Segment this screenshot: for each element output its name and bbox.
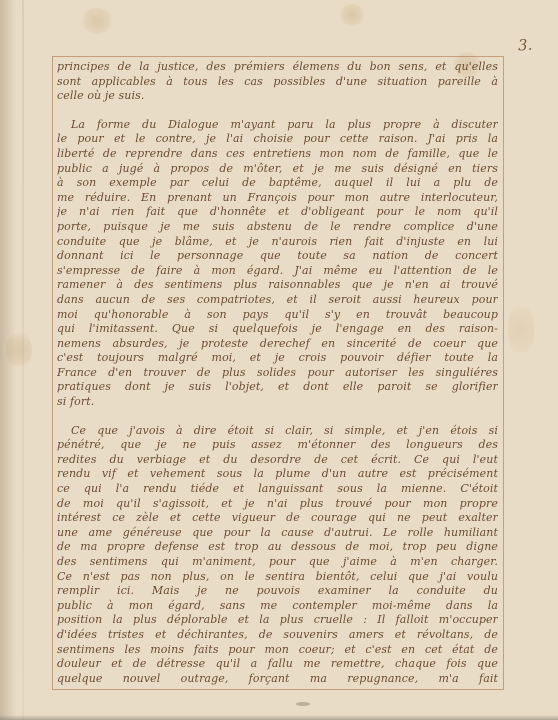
- manuscript-line: pratiques dont je suis l'objet, et dont …: [57, 380, 498, 395]
- manuscript-line: intérest ce zèle et cette vigueur de cou…: [57, 511, 498, 526]
- scan-bottom-edge: [0, 715, 558, 720]
- manuscript-line: ce qui l'a rendu tiéde et languissant so…: [57, 482, 498, 497]
- manuscript-line: de moi qu'il s'agissoit, et je n'ai plus…: [57, 497, 498, 512]
- manuscript-line: nemens absurdes, je proteste derechef en…: [57, 337, 498, 352]
- manuscript-line: position la plus déplorable et la plus c…: [57, 613, 498, 628]
- manuscript-line: sentimens les moins faits pour mon coeur…: [57, 643, 498, 658]
- paragraph: Ce que j'avois à dire étoit si clair, si…: [57, 424, 498, 687]
- paper-stain: [508, 300, 534, 360]
- ink-smudge: [296, 702, 310, 706]
- manuscript-line: s'empresse de faire à mon égard. J'ai mê…: [57, 264, 498, 279]
- page-number: 3.: [517, 36, 533, 55]
- manuscript-line: moi qu'honorable à son pays qu'il s'y en…: [57, 308, 498, 323]
- manuscript-line: Ce n'est pas non plus, on le sentira bie…: [57, 570, 498, 585]
- manuscript-line: conduite que je blâme, et je n'aurois ri…: [57, 235, 498, 250]
- manuscript-line: liberté de reprendre dans ces entretiens…: [57, 147, 498, 162]
- manuscript-line: le pour et le contre, je l'ai choisie po…: [57, 132, 498, 147]
- paper-stain: [338, 4, 366, 26]
- manuscript-line: une ame généreuse que pour la cause d'au…: [57, 526, 498, 541]
- manuscript-line: sont applicables à tous les cas possible…: [57, 75, 498, 90]
- paper-stain: [80, 8, 114, 34]
- manuscript-line: rendu vif et vehement sous la plume d'un…: [57, 467, 498, 482]
- manuscript-line: dans aucun de ses compatriotes, et il se…: [57, 293, 498, 308]
- manuscript-line: donnant ici le personnage que toute sa n…: [57, 249, 498, 264]
- manuscript-line: La forme du Dialogue m'ayant paru la plu…: [57, 118, 498, 133]
- paper-stain: [6, 330, 32, 370]
- manuscript-text: principes de la justice, des prémiers él…: [57, 60, 498, 686]
- manuscript-page-scan: 3. principes de la justice, des prémiers…: [0, 0, 558, 720]
- manuscript-line: je n'ai rien fait que d'honnête et d'obl…: [57, 205, 498, 220]
- manuscript-line: remplir ici. Mais je ne pouvois examiner…: [57, 584, 498, 599]
- manuscript-line: porte, puisque je me suis abstenu de le …: [57, 220, 498, 235]
- manuscript-line: redites du verbiage et du desordre de ce…: [57, 453, 498, 468]
- manuscript-line: qui l'imitassent. Que si quelquefois je …: [57, 322, 498, 337]
- manuscript-line: pénétré, que je ne puis assez m'étonner …: [57, 438, 498, 453]
- paragraph: La forme du Dialogue m'ayant paru la plu…: [57, 118, 498, 410]
- manuscript-line: public a jugé à propos de m'ôter, et je …: [57, 162, 498, 177]
- manuscript-line: de ma propre defense est trop au dessous…: [57, 540, 498, 555]
- paragraph: principes de la justice, des prémiers él…: [57, 60, 498, 104]
- manuscript-line: France d'en trouver de plus solides pour…: [57, 366, 498, 381]
- manuscript-line: celle où je suis.: [57, 89, 498, 104]
- manuscript-line: quelque nouvel outrage, forçant ma repug…: [57, 672, 498, 687]
- manuscript-line: me réduire. En prenant un François pour …: [57, 191, 498, 206]
- manuscript-line: si fort.: [57, 395, 498, 410]
- manuscript-line: c'est toujours malgré moi, et je crois p…: [57, 351, 498, 366]
- manuscript-line: principes de la justice, des prémiers él…: [57, 60, 498, 75]
- manuscript-line: douleur et de détresse qu'il a fallu me …: [57, 657, 498, 672]
- ruled-text-frame: principes de la justice, des prémiers él…: [52, 56, 504, 690]
- manuscript-line: ramener à des sentimens plus raisonnable…: [57, 278, 498, 293]
- manuscript-line: public à mon égard, sans me contempler m…: [57, 599, 498, 614]
- manuscript-line: à son exemple par celui de baptême, auqu…: [57, 176, 498, 191]
- manuscript-line: Ce que j'avois à dire étoit si clair, si…: [57, 424, 498, 439]
- manuscript-line: d'idées tristes et déchirantes, de souve…: [57, 628, 498, 643]
- manuscript-line: des sentimens qui m'animent, pour que j'…: [57, 555, 498, 570]
